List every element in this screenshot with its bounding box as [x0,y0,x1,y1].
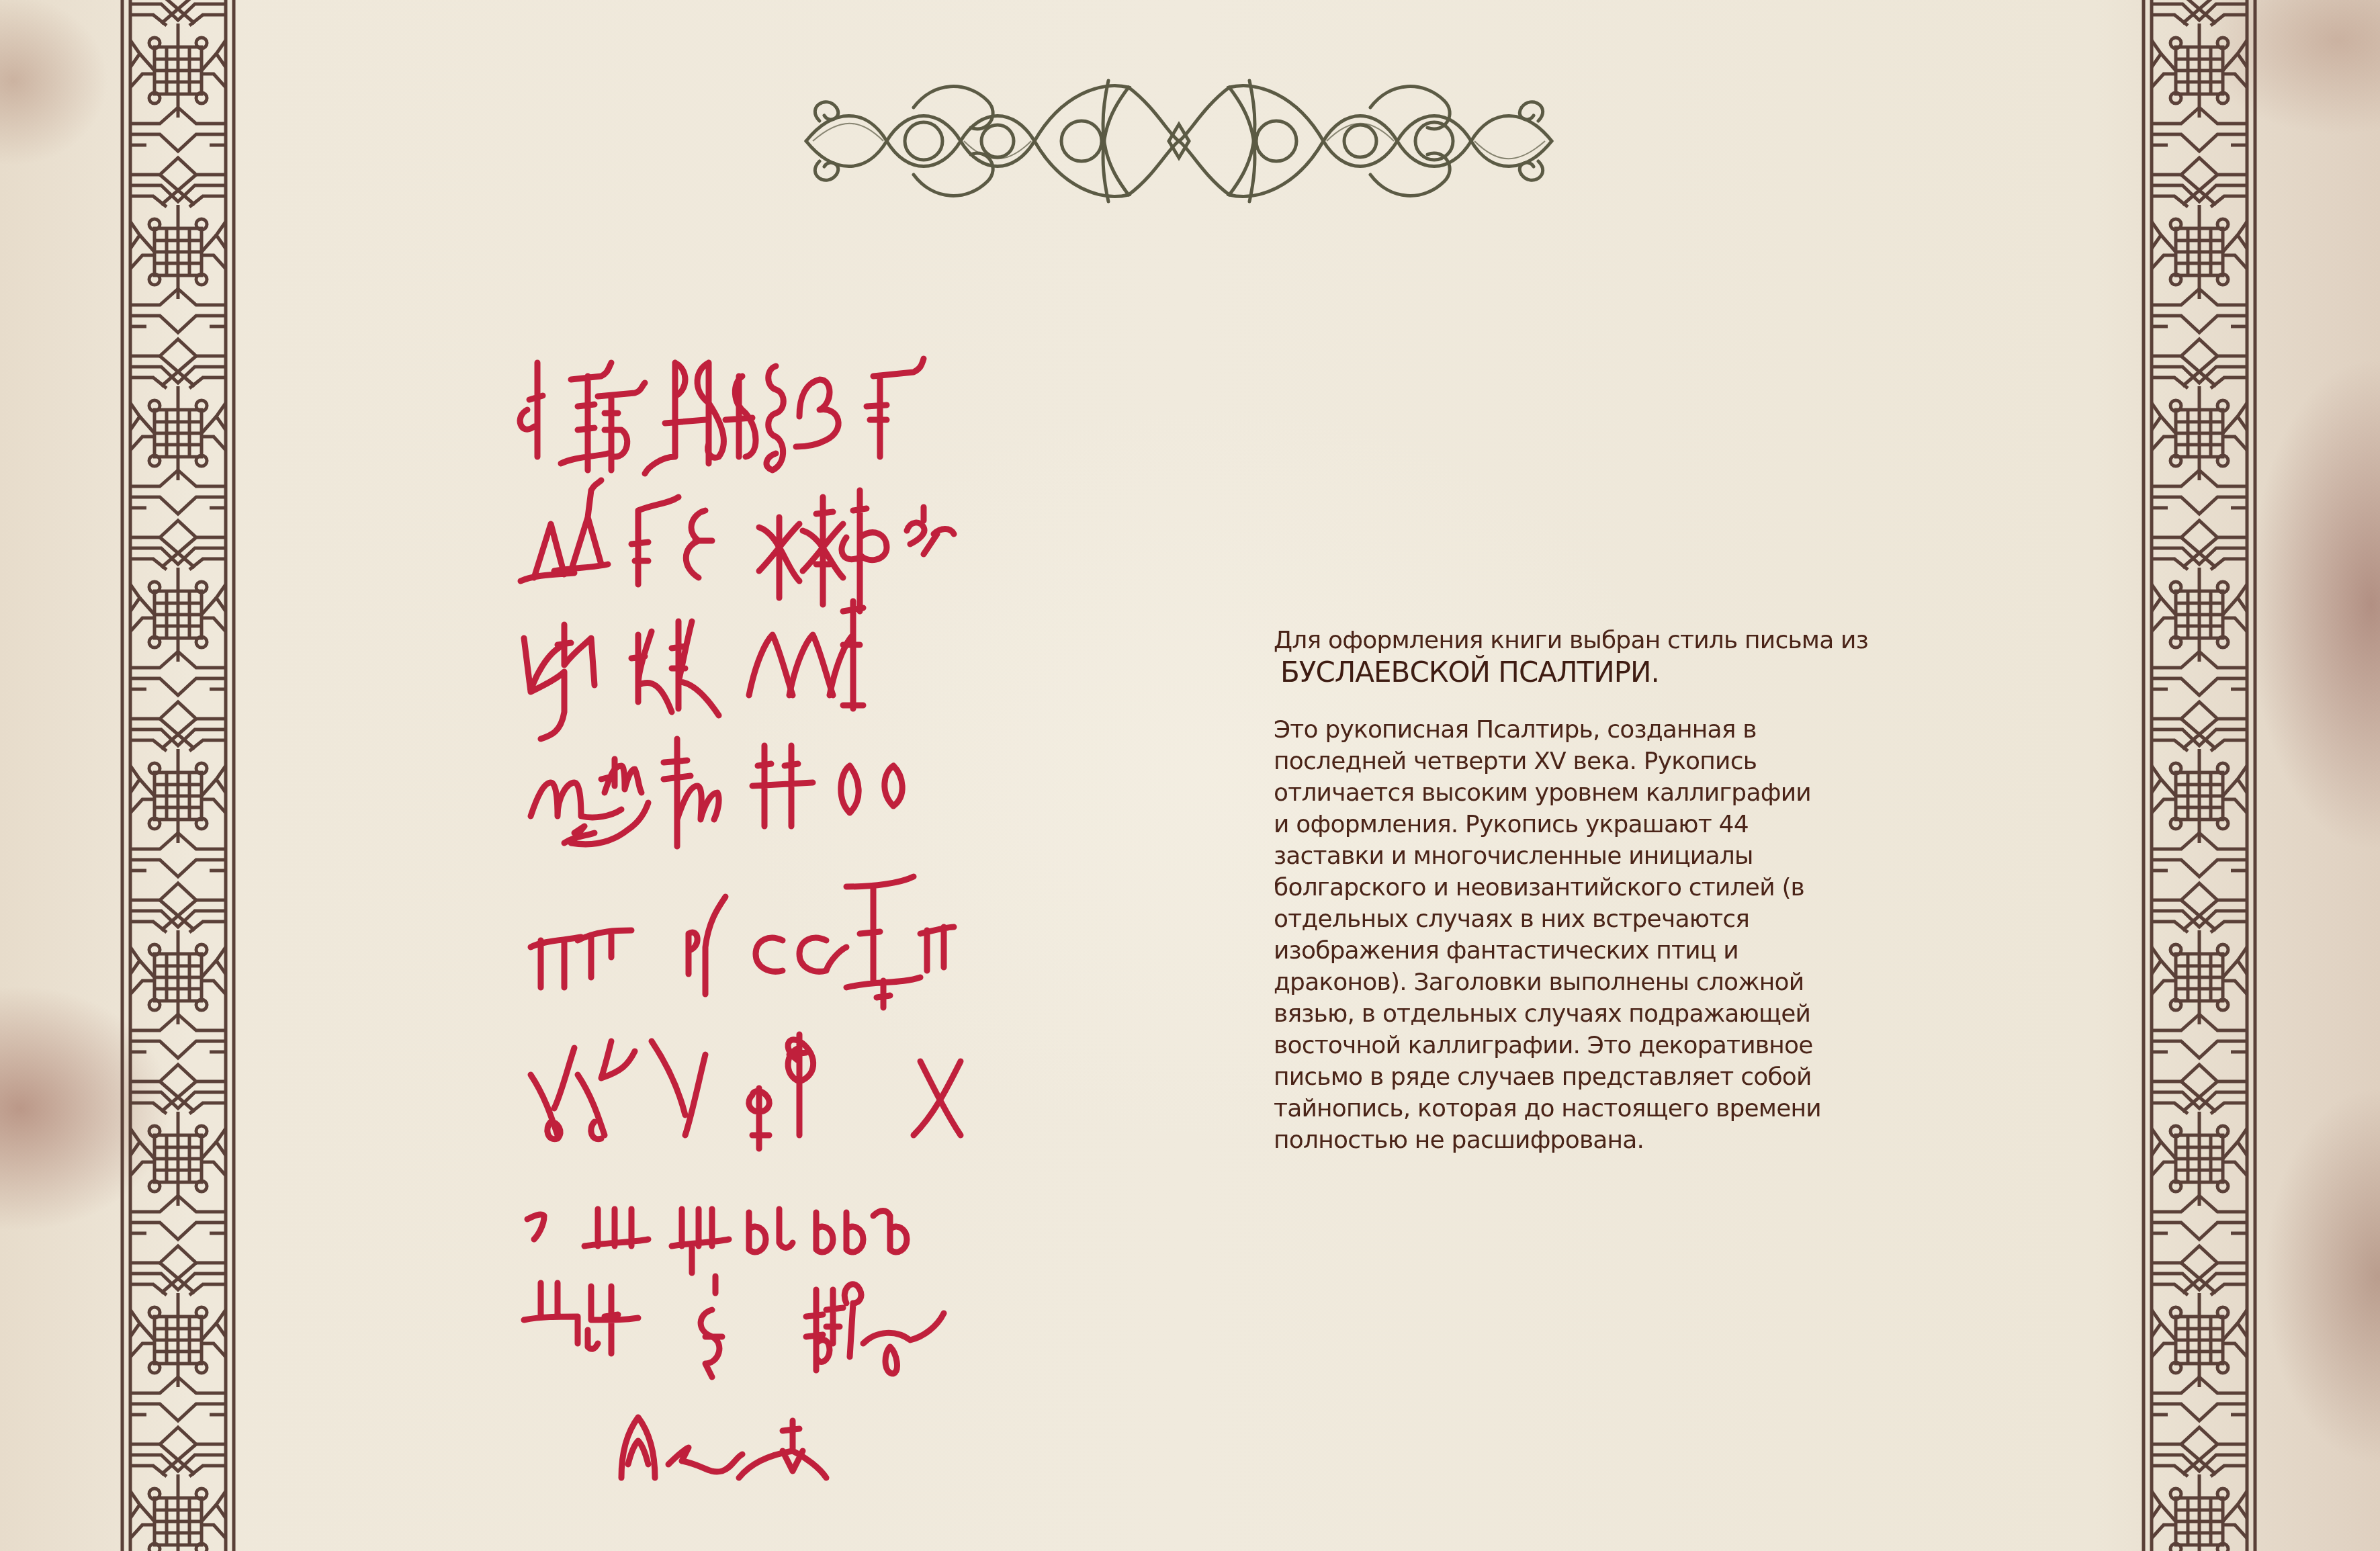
calligraphic-alphabet [511,349,1182,1491]
aged-paper-background [0,0,2380,1551]
glyph-row-5 [531,877,954,1008]
right-lattice-border [2141,0,2258,1551]
interlace-headpiece-ornament [793,67,1565,215]
glyph-row-4 [531,739,902,846]
intro-text: Для оформления книги выбран стиль письма… [1274,627,1868,654]
lattice-border-icon [120,0,236,1551]
glyph-row-2 [521,480,954,611]
glyph-row-8 [524,1276,944,1377]
psalter-title-highlight: БУСЛАЕВСКОЙ ПСАЛТИРИ. [1280,656,1659,689]
intro-paragraph: Для оформления книги выбран стиль письма… [1274,625,1945,690]
alphabet-glyphs-icon [511,349,1182,1491]
interlace-ornament-icon [793,67,1565,215]
glyph-row-1 [520,359,924,474]
glyph-row-6 [531,1034,961,1149]
left-lattice-border [120,0,236,1551]
body-paragraph: Это рукописная Псалтирь, созданная в пос… [1274,714,1945,1156]
description-block: Для оформления книги выбран стиль письма… [1274,625,1945,1156]
glyph-row-3 [524,601,863,739]
lattice-border-icon [2141,0,2258,1551]
glyph-row-7 [527,1209,907,1273]
glyph-row-9 [621,1417,826,1478]
